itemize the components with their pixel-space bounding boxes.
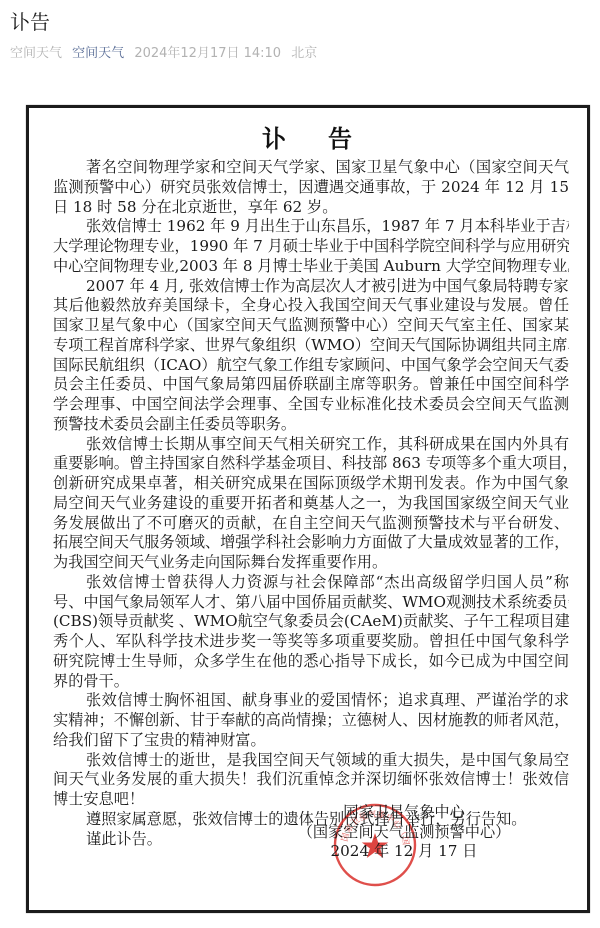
article-title: 讣告 bbox=[10, 9, 50, 35]
notice-line: 秀个人、军队科学技术进步奖一等奖等多项重要奖励。曾担任中国气象科学 bbox=[53, 632, 569, 652]
notice-line: 其后他毅然放弃美国绿卡，全身心投入我国空间天气事业建设与发展。曾任 bbox=[53, 296, 569, 316]
notice-line: 拓展空间天气服务领域、增强学科社会影响力方面做了大量成效显著的工作， bbox=[53, 533, 569, 553]
notice-heading-char-2: 告 bbox=[328, 124, 354, 153]
signature-org-alt: （国家空间天气监测预警中心） bbox=[279, 823, 529, 843]
notice-heading-char-1: 讣 bbox=[262, 124, 288, 153]
author-name: 空间天气 bbox=[10, 46, 62, 61]
notice-line: 大学理论物理专业，1990 年 7 月硕士毕业于中国科学院空间科学与应用研究 bbox=[53, 237, 569, 257]
notice-line: 给我们留下了宝贵的精神财富。 bbox=[53, 731, 569, 751]
notice-line: 监测预警中心）研究员张效信博士，因遭遇交通事故，于 2024 年 12 月 15 bbox=[53, 178, 569, 198]
notice-line: 局空间天气业务建设的重要开拓者和奠基人之一，为我国国家级空间天气业 bbox=[53, 494, 569, 514]
notice-line: 专项工程首席科学家、世界气象组织（WMO）空间天气国际协调组共同主席、 bbox=[53, 336, 569, 356]
account-name-link[interactable]: 空间天气 bbox=[72, 46, 124, 61]
notice-line: 界的骨干。 bbox=[53, 672, 569, 692]
obituary-notice-image[interactable]: 讣告 著名空间物理学家和空间天气学家、国家卫星气象中心（国家空间天气监测预警中心… bbox=[26, 105, 590, 913]
publish-datetime: 2024年12月17日 14:10 bbox=[134, 46, 281, 61]
notice-line: 张效信博士长期从事空间天气相关研究工作，其科研成果在国内外具有 bbox=[53, 435, 569, 455]
article-meta: 空间天气 空间天气 2024年12月17日 14:10 北京 bbox=[10, 45, 323, 63]
notice-line: 间天气业务发展的重大损失！我们沉重悼念并深切缅怀张效信博士！张效信 bbox=[53, 770, 569, 790]
notice-line: 号、中国气象局领军人才、第八届中国侨届贡献奖、WMO观测技术系统委员会 bbox=[53, 593, 569, 613]
notice-line: 著名空间物理学家和空间天气学家、国家卫星气象中心（国家空间天气 bbox=[53, 158, 569, 178]
notice-line: 日 18 时 58 分在北京逝世，享年 62 岁。 bbox=[53, 198, 569, 218]
notice-line: 务发展做出了不可磨灭的贡献，在自主空间天气监测预警技术与平台研发、 bbox=[53, 514, 569, 534]
notice-line: 2007 年 4 月, 张效信博士作为高层次人才被引进为中国气象局特聘专家， bbox=[53, 277, 569, 297]
notice-line: 研究院博士生导师，众多学生在他的悉心指导下成长，如今已成为中国空间 bbox=[53, 652, 569, 672]
notice-line: 国际民航组织（ICAO）航空气象工作组专家顾问、中国气象学会空间天气委 bbox=[53, 356, 569, 376]
notice-line: 为我国空间天气业务走向国际舞台发挥重要作用。 bbox=[53, 553, 569, 573]
notice-line: 创新研究成果卓著，相关研究成果在国际顶级学术期刊发表。作为中国气象 bbox=[53, 474, 569, 494]
notice-line: 学会理事、中国空间法学会理事、全国专业标准化技术委员会空间天气监测 bbox=[53, 395, 569, 415]
notice-line: 张效信博士 1962 年 9 月出生于山东昌乐，1987 年 7 月本科毕业于吉… bbox=[53, 217, 569, 237]
notice-line: (CBS)领导贡献奖 、WMO航空气象委员会(CAeM)贡献奖、子午工程项目建设… bbox=[53, 612, 569, 632]
notice-heading: 讣告 bbox=[29, 125, 587, 153]
notice-line: 张效信博士曾获得人力资源与社会保障部“杰出高级留学归国人员”称 bbox=[53, 573, 569, 593]
notice-line: 预警技术委员会副主任委员等职务。 bbox=[53, 415, 569, 435]
notice-line: 张效信博士胸怀祖国、献身事业的爱国情怀；追求真理、严谨治学的求 bbox=[53, 691, 569, 711]
notice-line: 国家卫星气象中心（国家空间天气监测预警中心）空间天气室主任、国家某 bbox=[53, 316, 569, 336]
signature-date: 2024 年 12 月 17 日 bbox=[279, 842, 529, 862]
notice-line: 重要影响。曾主持国家自然科学基金项目、科技部 863 专项等多个重大项目， bbox=[53, 454, 569, 474]
notice-line: 中心空间物理专业,2003 年 8 月博士毕业于美国 Auburn 大学空间物理… bbox=[53, 257, 569, 277]
notice-body: 著名空间物理学家和空间天气学家、国家卫星气象中心（国家空间天气监测预警中心）研究… bbox=[53, 158, 569, 849]
notice-line: 员会主任委员、中国气象局第四届侨联副主席等职务。曾兼任中国空间科学 bbox=[53, 375, 569, 395]
notice-line: 张效信博士的逝世，是我国空间天气领域的重大损失，是中国气象局空 bbox=[53, 751, 569, 771]
notice-line: 实精神；不懈创新、甘于奉献的高尚情操；立德树人、因材施教的师者风范， bbox=[53, 711, 569, 731]
signature-block: 国家卫星气象中心 （国家空间天气监测预警中心） 2024 年 12 月 17 日 bbox=[279, 803, 529, 862]
publish-location: 北京 bbox=[291, 46, 317, 61]
signature-org: 国家卫星气象中心 bbox=[279, 803, 529, 823]
